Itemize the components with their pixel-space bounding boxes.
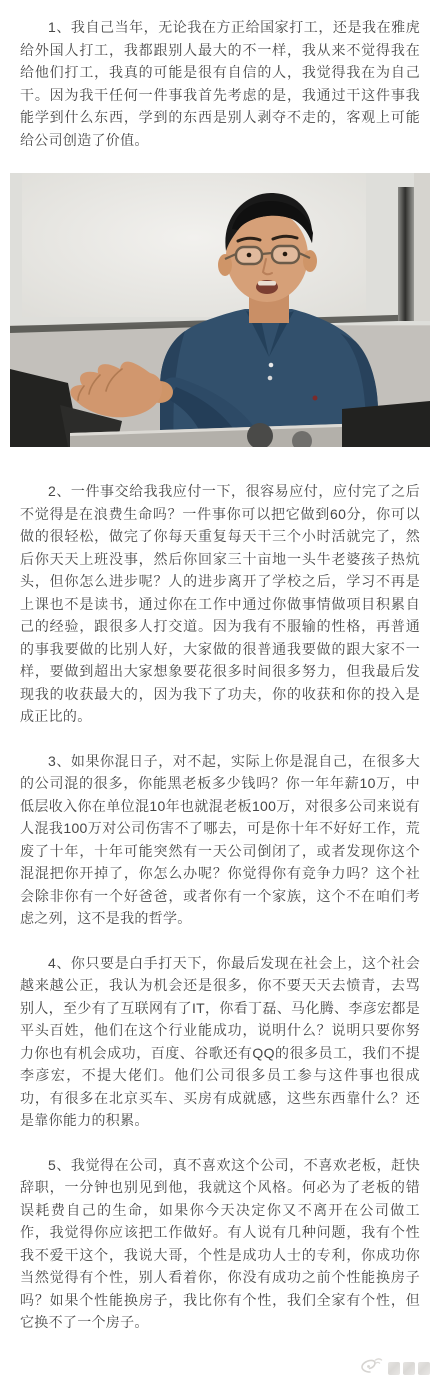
speaker-photo [10,173,430,447]
paragraph-3: 3、如果你混日子，对不起，实际上你是混自己，在很多大的公司混的很多，你能黑老板多… [0,750,440,930]
photo-illustration [10,173,430,447]
weibo-icon [360,1356,384,1381]
post-page: 1、我自己当年，无论我在方正给国家打工，还是我在雅虎给外国人打工，我都跟别人最大… [0,0,440,1382]
paragraph-2: 2、一件事交给我我应付一下，很容易应付，应付完了之后不觉得是在浪费生命吗？一件事… [0,480,440,728]
paragraph-5: 5、我觉得在公司，真不喜欢这个公司，不喜欢老板，赶快辞职，一分钟也别见到他，我就… [0,1154,440,1334]
paragraph-1: 1、我自己当年，无论我在方正给国家打工，还是我在雅虎给外国人打工，我都跟别人最大… [0,16,440,151]
watermark-text [388,1362,430,1375]
weibo-watermark [0,1356,430,1382]
paragraph-4: 4、你只要是白手打天下，你最后发现在社会上，这个社会越来越公正，我认为机会还是很… [0,952,440,1132]
